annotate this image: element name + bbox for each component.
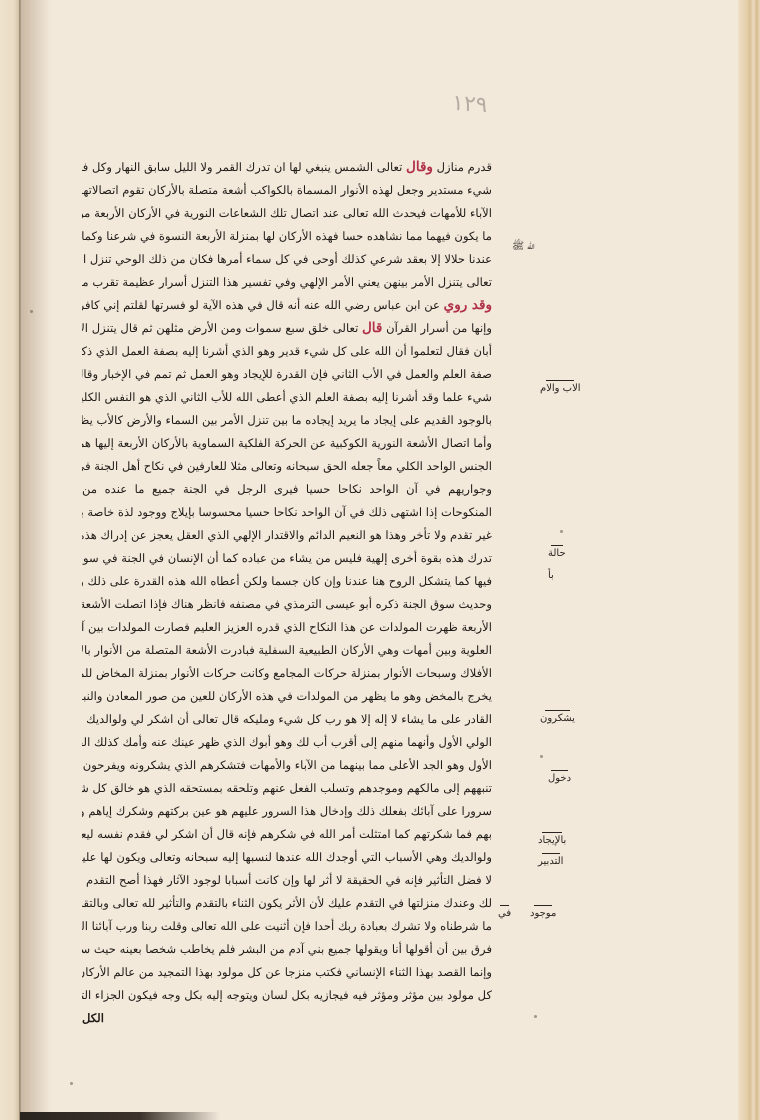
folio-number: ١٢٩ xyxy=(451,91,488,118)
text-line: فيها كما يتشكل الروح هنا عندنا وإن كان ج… xyxy=(82,570,492,593)
margin-note: الله ﷺ xyxy=(512,240,535,254)
paper-speck xyxy=(540,755,543,758)
margin-note: بأ xyxy=(548,570,554,581)
margin-note: في xyxy=(498,905,511,919)
margin-note-text: في xyxy=(498,908,511,919)
text-line: وإنها من أسرار القرآن قال تعالى خلق سبع … xyxy=(82,317,492,340)
text-line: بالوجود القديم على إيجاد ما يريد إيجاده … xyxy=(82,409,492,432)
manuscript-scan: ١٢٩ قدرم منازل وقال تعالى الشمس ينبغي له… xyxy=(0,0,760,1120)
text-line: الأربعة ظهرت المولدات عن هذا النكاح الذي… xyxy=(82,616,492,639)
correction-mark xyxy=(545,710,569,711)
margin-note-text: الله ﷺ xyxy=(512,241,535,252)
paper-speck xyxy=(30,310,33,313)
margin-note-text: التدبير xyxy=(538,856,563,867)
paper-speck xyxy=(560,530,563,533)
margin-note: حالة xyxy=(548,545,566,559)
rubric: قال xyxy=(362,320,382,336)
margin-note: موجود xyxy=(530,905,556,919)
rubric: وقد روي xyxy=(444,297,492,313)
paper-speck xyxy=(70,1082,73,1085)
text-line: شيء علما وقد أشرنا إليه بصفة العلم الذي … xyxy=(82,386,492,409)
text-line: الولي الأول وأنهما منهم إلى أقرب أب لك و… xyxy=(82,731,492,754)
text-line: عندنا حلالا إلا بعقد شرعي كذلك أوحى في ك… xyxy=(82,248,492,271)
text-line: الجنس الواحد الكلي معاً جعله الحق سبحانه… xyxy=(82,455,492,478)
correction-mark xyxy=(551,545,563,546)
text-line: سرورا على آبائك بفعلك ذلك وإدخال هذا الس… xyxy=(82,800,492,823)
margin-note: دخول xyxy=(548,770,571,784)
margin-note: بالإيجاد xyxy=(538,832,566,846)
page-stack-edge xyxy=(738,0,760,1120)
left-leaf-edge xyxy=(0,0,20,1120)
text-line: القادر على ما يشاء لا إله إلا هو رب كل ش… xyxy=(82,708,492,731)
text-line: المنكوحات إذا اشتهى ذلك في آن الواحد نكا… xyxy=(82,501,492,524)
text-line: أبان فقال لتعلموا أن الله على كل شيء قدي… xyxy=(82,340,492,363)
margin-note: يشكرون xyxy=(540,710,575,724)
paper-speck xyxy=(534,1015,537,1018)
text-line: وجواريهم في آن الواحد نكاحا حسيا فيرى ال… xyxy=(82,478,492,501)
rubric: وقال xyxy=(406,159,433,175)
text-line: وحديث سوق الجنة ذكره أبو عيسى الترمذي في… xyxy=(82,593,492,616)
text-line: لك وعندك منزلتها في التقدم عليك لأن الأث… xyxy=(82,892,492,915)
text-line: وإنما القصد بهذا الثناء الإنساني فكتب من… xyxy=(82,961,492,984)
margin-note: الاب والام xyxy=(540,380,581,394)
text-line: ما يكون فيهما مما نشاهده حسا فهذه الأركا… xyxy=(82,225,492,248)
correction-mark xyxy=(534,905,552,906)
correction-mark xyxy=(500,905,509,906)
margin-note: التدبير xyxy=(538,853,563,867)
text-line: فرق بين أن أقولها أنا ويقولها جميع بني آ… xyxy=(82,938,492,961)
text-line: الأول وهو الجد الأعلى مما بينهما من الآب… xyxy=(82,754,492,777)
margin-note-text: موجود xyxy=(530,908,556,919)
margin-note-text: حالة xyxy=(548,548,566,559)
margin-note-text: بالإيجاد xyxy=(538,835,566,846)
main-text-block: قدرم منازل وقال تعالى الشمس ينبغي لها ان… xyxy=(82,156,492,1030)
margin-note-text: بأ xyxy=(548,570,554,581)
text-line: قدرم منازل وقال تعالى الشمس ينبغي لها ان… xyxy=(82,156,492,179)
gutter-shadow xyxy=(21,0,51,1120)
margin-note-text: الاب والام xyxy=(540,383,581,394)
margin-note-text: دخول xyxy=(548,773,571,784)
text-line: ولوالديك وهي الأسباب التي أوجدك الله عند… xyxy=(82,846,492,869)
text-line: وأما اتصال الأشعة النورية الكوكبية عن ال… xyxy=(82,432,492,455)
text-line: شيء مستدير وجعل لهذه الأنوار المسماة بال… xyxy=(82,179,492,202)
text-line: بهم فما شكرتهم كما امتثلت أمر الله في شك… xyxy=(82,823,492,846)
correction-mark xyxy=(546,380,574,381)
correction-mark xyxy=(542,832,562,833)
text-line: تدرك هذه بقوة أخرى إلهية فليس من يشاء من… xyxy=(82,547,492,570)
text-line: الآباء للأمهات فيحدث الله تعالى عند اتصا… xyxy=(82,202,492,225)
text-line: ما شرطناه ولا تشرك بعبادة ربك أحدا فإن أ… xyxy=(82,915,492,938)
text-line: تعالى يتنزل الأمر بينهن يعني الأمر الإله… xyxy=(82,271,492,294)
text-line: الأفلاك وسبحات الأنوار بمنزلة حركات المج… xyxy=(82,662,492,685)
correction-mark xyxy=(551,770,567,771)
text-line: لا فضل التأثير فإنه في الحقيقة لا أثر له… xyxy=(82,869,492,892)
catchword: الكل xyxy=(82,1007,492,1030)
text-line: غير تقدم ولا تأخر وهذا هو النعيم الدائم … xyxy=(82,524,492,547)
text-line: يخرج بالمخض وهو ما يظهر من المولدات في ه… xyxy=(82,685,492,708)
text-line: صفة العلم والعمل في الأب الثاني فإن القد… xyxy=(82,363,492,386)
binding-shadow xyxy=(20,1112,220,1120)
text-line: تنبههم إلى مالكهم وموجدهم وتسلب الفعل عن… xyxy=(82,777,492,800)
margin-note-text: يشكرون xyxy=(540,713,575,724)
text-line: وقد روي عن ابن عباس رضي الله عنه أنه قال… xyxy=(82,294,492,317)
correction-mark xyxy=(542,853,560,854)
text-line: كل مولود بين مؤثر ومؤثر فيه فيجازيه بكل … xyxy=(82,984,492,1007)
text-line: العلوية وبين أمهات وهي الأركان الطبيعية … xyxy=(82,639,492,662)
